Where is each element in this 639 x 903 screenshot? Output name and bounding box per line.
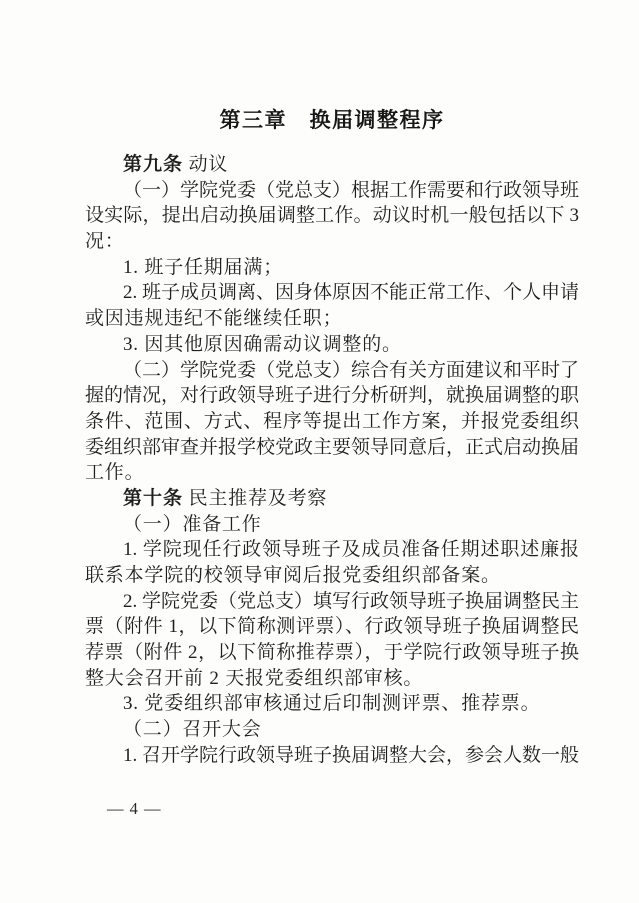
document-lines: 第九条 动议（一）学院党委（党总支）根据工作需要和行政领导班子建设实际，提出启动… [85,152,579,769]
text-segment: 或因违规违纪不能继续任职； [85,308,342,329]
article-number: 第十条 [123,488,183,509]
document-line: 2. 班子成员调离、因身体原因不能正常工作、个人申请辞职 [85,280,579,306]
text-segment: 2. 学院党委（党总支）填写行政领导班子换届调整民主测评 [85,591,579,615]
document-page: 第三章 换届调整程序 第九条 动议（一）学院党委（党总支）根据工作需要和行政领导… [0,0,639,903]
text-segment: 3. 因其他原因确需动议调整的。 [123,334,402,355]
document-line: 1. 班子任期届满； [85,255,579,281]
text-segment: 动议 [183,154,228,175]
text-segment: 委组织部审查并报学校党政主要领导同意后，正式启动换届调整 [85,437,579,461]
document-line: 或因违规违纪不能继续任职； [85,306,579,332]
document-line: （一）准备工作 [85,512,579,538]
document-line: 1. 学院现任行政领导班子及成员准备任期述职述廉报告，经 [85,537,579,563]
text-segment: 握的情况，对行政领导班子进行分析研判，就换届调整的职位、 [85,385,579,409]
document-line: （二）学院党委（党总支）综合有关方面建议和平时了解掌 [85,358,579,384]
document-line: 联系本学院的校领导审阅后报党委组织部备案。 [85,563,579,589]
article-number: 第九条 [123,154,183,175]
document-line: 3. 因其他原因确需动议调整的。 [85,332,579,358]
text-segment: 1. 学院现任行政领导班子及成员准备任期述职述廉报告，经 [85,539,579,563]
document-line: 委组织部审查并报学校党政主要领导同意后，正式启动换届调整 [85,435,579,461]
document-line: 第九条 动议 [85,152,579,178]
document-line: 设实际，提出启动换届调整工作。动议时机一般包括以下 3 种情 [85,203,579,229]
text-segment: （一）学院党委（党总支）根据工作需要和行政领导班子建 [85,180,579,204]
text-segment: 工作。 [85,462,144,483]
document-line: （二）召开大会 [85,717,579,743]
text-segment: 设实际，提出启动换届调整工作。动议时机一般包括以下 3 种情 [85,205,579,229]
text-segment: 1. 班子任期届满； [123,257,283,278]
text-segment: （一）准备工作 [123,514,262,535]
document-line: （一）学院党委（党总支）根据工作需要和行政领导班子建 [85,178,579,204]
document-content: 第三章 换届调整程序 第九条 动议（一）学院党委（党总支）根据工作需要和行政领导… [85,106,579,769]
document-line: 荐票（附件 2，以下简称推荐票），于学院行政领导班子换届调 [85,640,579,666]
document-line: 3. 党委组织部审核通过后印制测评票、推荐票。 [85,691,579,717]
text-segment: （二）学院党委（党总支）综合有关方面建议和平时了解掌 [85,360,579,384]
document-line: 条件、范围、方式、程序等提出工作方案，并报党委组织部。党 [85,409,579,435]
text-segment: 2. 班子成员调离、因身体原因不能正常工作、个人申请辞职 [85,282,579,306]
document-line: 工作。 [85,460,579,486]
document-line: 况： [85,229,579,255]
chapter-title: 第三章 换届调整程序 [85,106,579,136]
document-line: 票（附件 1，以下简称测评票）、行政领导班子换届调整民主推 [85,614,579,640]
text-segment: 况： [85,231,125,252]
text-segment: 民主推荐及考察 [183,488,327,509]
text-segment: 联系本学院的校领导审阅后报党委组织部备案。 [85,565,501,586]
document-line: 握的情况，对行政领导班子进行分析研判，就换届调整的职位、 [85,383,579,409]
text-segment: 票（附件 1，以下简称测评票）、行政领导班子换届调整民主推 [85,616,579,640]
text-segment: 条件、范围、方式、程序等提出工作方案，并报党委组织部。党 [85,411,579,435]
text-segment: （二）召开大会 [123,719,262,740]
document-line: 1. 召开学院行政领导班子换届调整大会，参会人数一般不少 [85,743,579,769]
page-number: — 4 — [107,799,162,819]
text-segment: 整大会召开前 2 天报党委组织部审核。 [85,668,423,689]
text-segment: 1. 召开学院行政领导班子换届调整大会，参会人数一般不少 [85,745,579,769]
document-line: 第十条 民主推荐及考察 [85,486,579,512]
text-segment: 3. 党委组织部审核通过后印制测评票、推荐票。 [123,693,540,714]
document-line: 2. 学院党委（党总支）填写行政领导班子换届调整民主测评 [85,589,579,615]
document-line: 整大会召开前 2 天报党委组织部审核。 [85,666,579,692]
text-segment: 荐票（附件 2，以下简称推荐票），于学院行政领导班子换届调 [85,642,579,666]
